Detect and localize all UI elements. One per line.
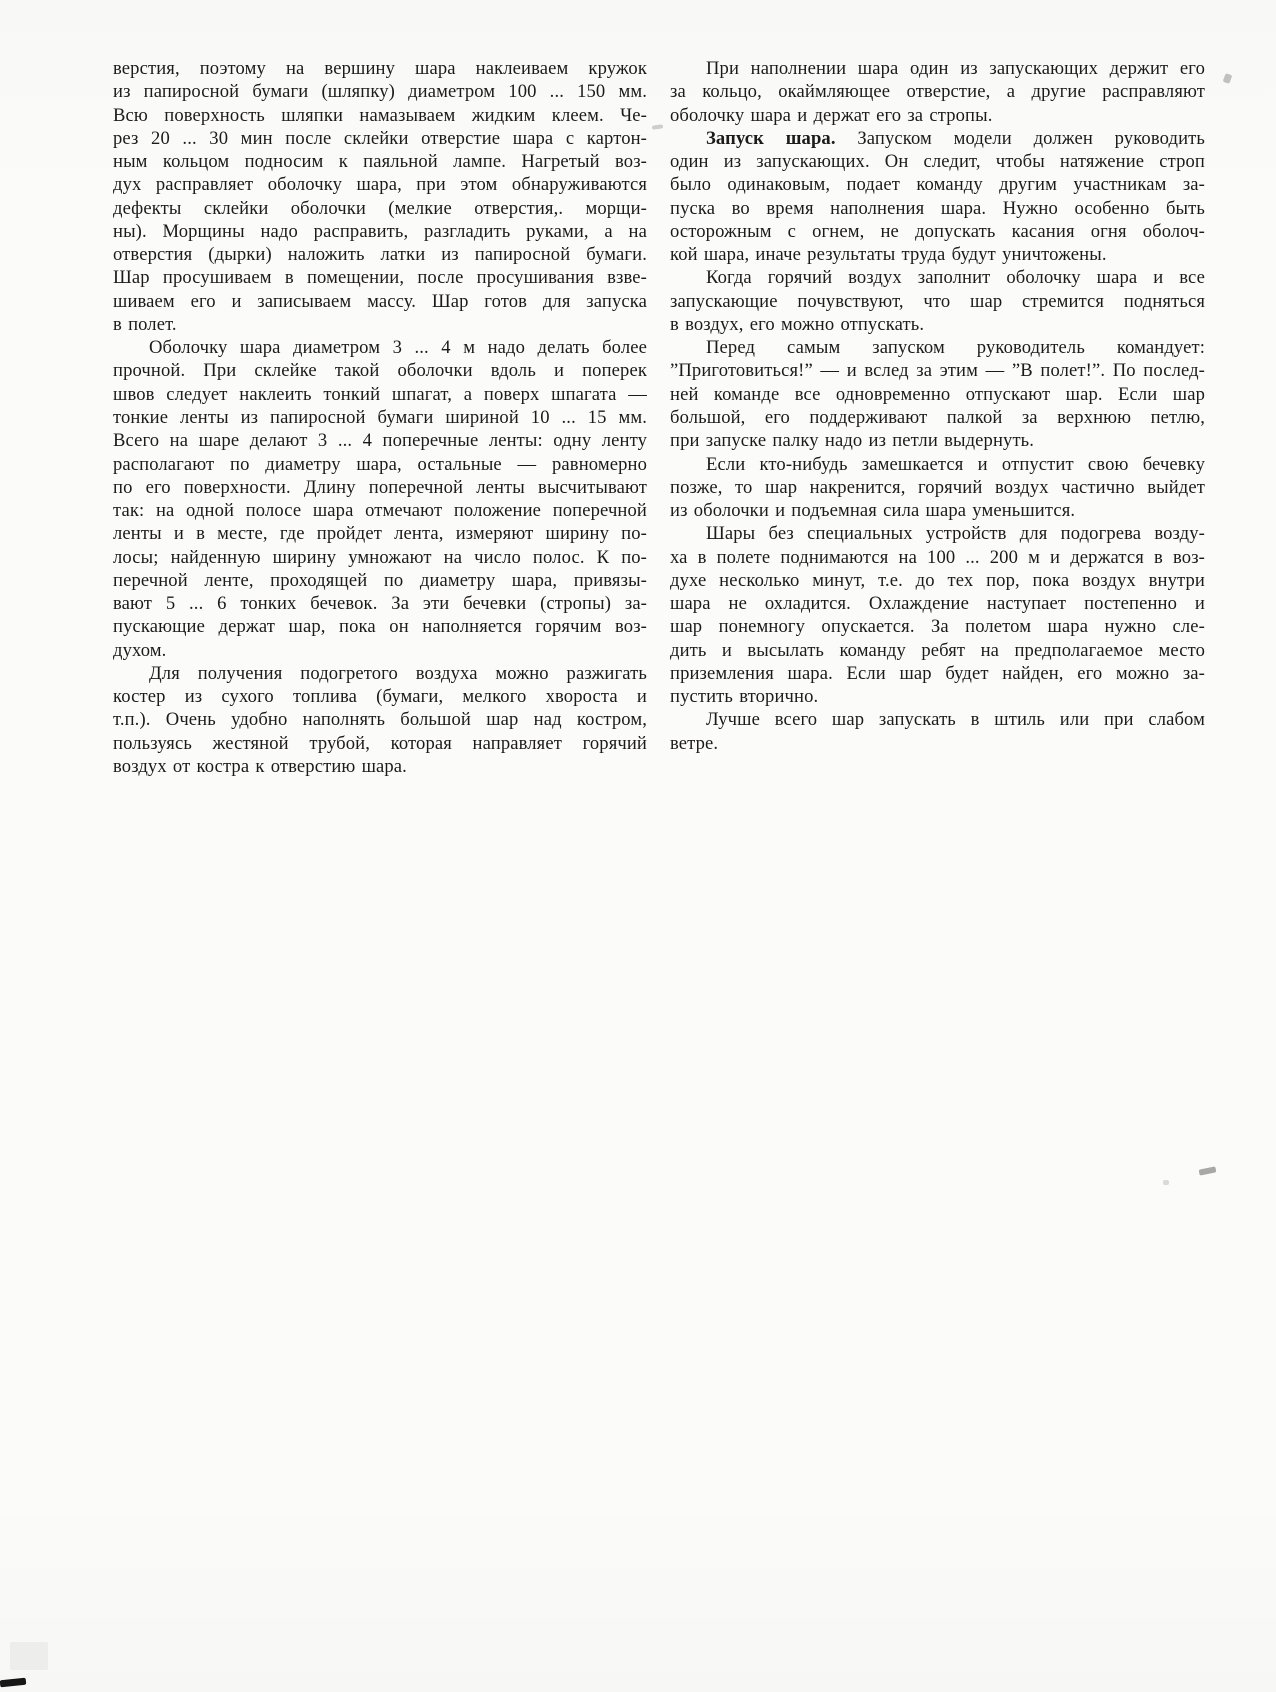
text-line: ленты и в месте, где пройдет лента, изме… (113, 522, 647, 545)
text-line: из оболочки и подъемная сила шара уменьш… (670, 499, 1205, 522)
scan-artifact (0, 1678, 26, 1688)
text-line: пуска во время наполнения шара. Нужно ос… (670, 197, 1205, 220)
paragraph: Если кто-нибудь замешкается и отпустит с… (670, 453, 1205, 523)
scan-artifact (652, 124, 663, 129)
paragraph: При наполнении шара один из запускающих … (670, 57, 1205, 127)
paragraph: верстия, поэтому на вершину шара наклеив… (113, 57, 647, 336)
text-column-left: верстия, поэтому на вершину шара наклеив… (113, 57, 647, 778)
text-line: рез 20 ... 30 мин после склейки отверсти… (113, 127, 647, 150)
run-in-heading: Запуск шара. (706, 128, 836, 149)
text-column-right: При наполнении шара один из запускающих … (670, 57, 1205, 755)
text-line: дефекты склейки оболочки (мелкие отверст… (113, 197, 647, 220)
paragraph: Перед самым запуском руководитель команд… (670, 336, 1205, 452)
text-line: отверстия (дырки) наложить латки из папи… (113, 243, 647, 266)
text-line: ха в полете поднимаются на 100 ... 200 м… (670, 546, 1205, 569)
text-line: осторожным с огнем, не допускать касания… (670, 220, 1205, 243)
text-line: так: на одной полосе шара отмечают полож… (113, 499, 647, 522)
text-line: кой шара, иначе результаты труда будут у… (670, 243, 1205, 266)
text-line: шара не охладится. Охлаждение наступает … (670, 592, 1205, 615)
paragraph: Для получения подогретого воздуха можно … (113, 662, 647, 778)
paragraph: Когда горячий воздух заполнит оболочку ш… (670, 266, 1205, 336)
text-line: Перед самым запуском руководитель команд… (670, 336, 1205, 359)
text-line: Когда горячий воздух заполнит оболочку ш… (670, 266, 1205, 289)
text-line: ветре. (670, 732, 1205, 755)
text-line: Всю поверхность шляпки намазываем жидким… (113, 104, 647, 127)
text-line: пустить вторично. (670, 685, 1205, 708)
text-line: приземления шара. Если шар будет найден,… (670, 662, 1205, 685)
text-line: вают 5 ... 6 тонких бечевок. За эти бече… (113, 592, 647, 615)
text-line: Всего на шаре делают 3 ... 4 поперечные … (113, 429, 647, 452)
scan-artifact (1163, 1180, 1169, 1185)
text-line: т.п.). Очень удобно наполнять большой ша… (113, 708, 647, 731)
text-line: ным кольцом подносим к паяльной лампе. Н… (113, 150, 647, 173)
paragraph: Оболочку шара диаметром 3 ... 4 м надо д… (113, 336, 647, 662)
scanned-page: верстия, поэтому на вершину шара наклеив… (0, 0, 1276, 1692)
scan-artifact (10, 1642, 48, 1670)
text-line: ны). Морщины надо расправить, разгладить… (113, 220, 647, 243)
paragraph: Лучше всего шар запускать в штиль или пр… (670, 708, 1205, 755)
text-line: шар понемногу опускается. За полетом шар… (670, 615, 1205, 638)
text-line: было одинаковым, подает команду другим у… (670, 173, 1205, 196)
text-line: Шары без специальных устройств для подог… (670, 522, 1205, 545)
text-line: большой, его поддерживают палкой за верх… (670, 406, 1205, 429)
paragraph: Шары без специальных устройств для подог… (670, 522, 1205, 708)
text-line: при запуске палку надо из петли выдернут… (670, 429, 1205, 452)
text-line: воздух от костра к отверстию шара. (113, 755, 647, 778)
text-line: духом. (113, 639, 647, 662)
text-line: запускающие почувствуют, что шар стремит… (670, 290, 1205, 313)
text-line: прочной. При склейке такой оболочки вдол… (113, 359, 647, 382)
text-line: шиваем его и записываем массу. Шар готов… (113, 290, 647, 313)
text-line: пускающие держат шар, пока он наполняетс… (113, 615, 647, 638)
text-line: за кольцо, окаймляющее отверстие, а друг… (670, 80, 1205, 103)
text-line: пользуясь жестяной трубой, которая напра… (113, 732, 647, 755)
text-line: Для получения подогретого воздуха можно … (113, 662, 647, 685)
text-line: Оболочку шара диаметром 3 ... 4 м надо д… (113, 336, 647, 359)
text-line: Если кто-нибудь замешкается и отпустит с… (670, 453, 1205, 476)
text-line: ней команде все одновременно отпускают ш… (670, 383, 1205, 406)
text-line: тонкие ленты из папиросной бумаги ширино… (113, 406, 647, 429)
paragraph: Запуск шара. Запуском модели должен руко… (670, 127, 1205, 267)
text-line: дух расправляет оболочку шара, при этом … (113, 173, 647, 196)
text-line: ”Приготовиться!” — и вслед за этим — ”В … (670, 359, 1205, 382)
scan-artifact (1199, 1166, 1217, 1175)
text-line: При наполнении шара один из запускающих … (670, 57, 1205, 80)
text-line: позже, то шар накренится, горячий воздух… (670, 476, 1205, 499)
text-line: в воздух, его можно отпускать. (670, 313, 1205, 336)
text-line: один из запускающих. Он следит, чтобы на… (670, 150, 1205, 173)
text-line: Шар просушиваем в помещении, после просу… (113, 266, 647, 289)
text-line: дить и высылать команду ребят на предпол… (670, 639, 1205, 662)
text-line: швов следует наклеить тонкий шпагат, а п… (113, 383, 647, 406)
text-line: из папиросной бумаги (шляпку) диаметром … (113, 80, 647, 103)
text-line: Лучше всего шар запускать в штиль или пр… (670, 708, 1205, 731)
text-line: оболочку шара и держат его за стропы. (670, 104, 1205, 127)
text-line: лосы; найденную ширину умножают на число… (113, 546, 647, 569)
text-line: костер из сухого топлива (бумаги, мелког… (113, 685, 647, 708)
text-line: перечной ленте, проходящей по диаметру ш… (113, 569, 647, 592)
text-line: духе несколько минут, т.е. до тех пор, п… (670, 569, 1205, 592)
text-line: располагают по диаметру шара, остальные … (113, 453, 647, 476)
text-line: верстия, поэтому на вершину шара наклеив… (113, 57, 647, 80)
scan-artifact (1223, 73, 1233, 84)
text-line: Запуск шара. Запуском модели должен руко… (670, 127, 1205, 150)
text-line: по его поверхности. Длину поперечной лен… (113, 476, 647, 499)
text-line: в полет. (113, 313, 647, 336)
